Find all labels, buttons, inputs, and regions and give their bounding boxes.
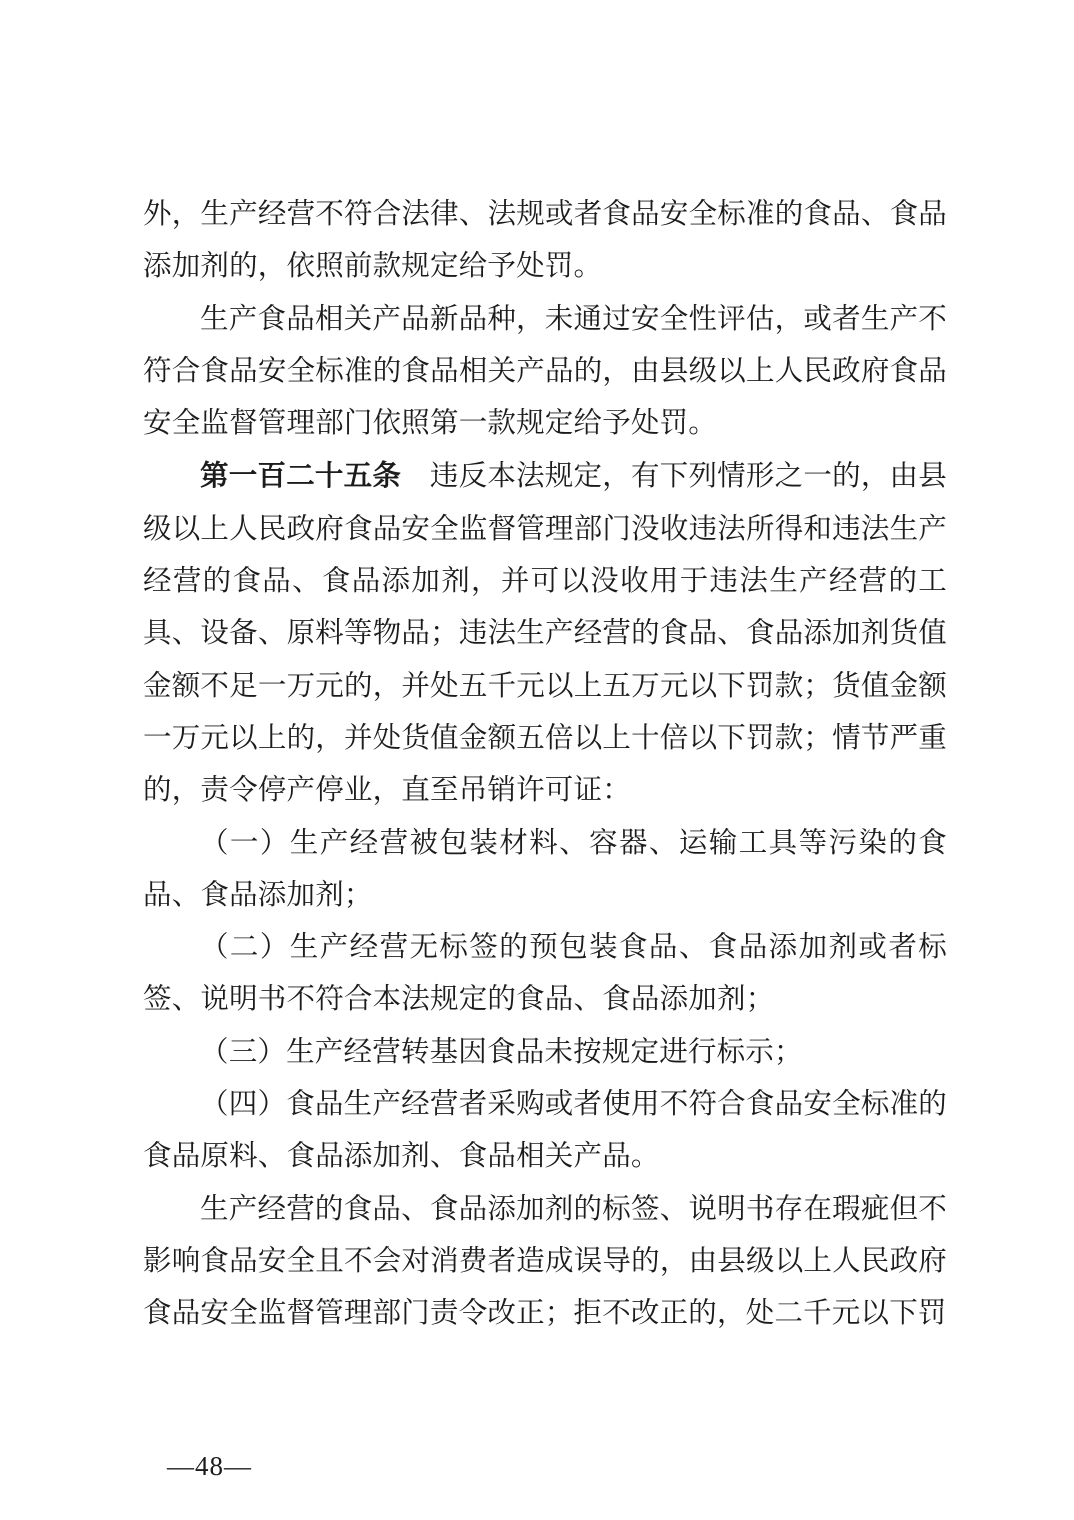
page-number: —48—	[167, 1449, 252, 1483]
list-item-1: （一）生产经营被包装材料、容器、运输工具等污染的食品、食品添加剂；	[143, 818, 947, 923]
paragraph-continuation: 外，生产经营不符合法律、法规或者食品安全标准的食品、食品添加剂的，依照前款规定给…	[143, 189, 947, 294]
paragraph: 生产食品相关产品新品种，未通过安全性评估，或者生产不符合食品安全标准的食品相关产…	[143, 294, 947, 451]
article-body-text: 违反本法规定，有下列情形之一的，由县级以上人民政府食品安全监督管理部门没收违法所…	[143, 461, 947, 806]
paragraph-article-125: 第一百二十五条 违反本法规定，有下列情形之一的，由县级以上人民政府食品安全监督管…	[143, 450, 947, 817]
document-page: 外，生产经营不符合法律、法规或者食品安全标准的食品、食品添加剂的，依照前款规定给…	[0, 0, 1074, 1520]
list-item-3: （三）生产经营转基因食品未按规定进行标示；	[143, 1027, 947, 1079]
paragraph: 生产经营的食品、食品添加剂的标签、说明书存在瑕疵但不影响食品安全且不会对消费者造…	[143, 1184, 947, 1341]
article-number-heading: 第一百二十五条	[200, 460, 401, 492]
list-item-4: （四）食品生产经营者采购或者使用不符合食品安全标准的食品原料、食品添加剂、食品相…	[143, 1079, 947, 1184]
list-item-2: （二）生产经营无标签的预包装食品、食品添加剂或者标签、说明书不符合本法规定的食品…	[143, 922, 947, 1027]
document-body: 外，生产经营不符合法律、法规或者食品安全标准的食品、食品添加剂的，依照前款规定给…	[143, 189, 947, 1341]
